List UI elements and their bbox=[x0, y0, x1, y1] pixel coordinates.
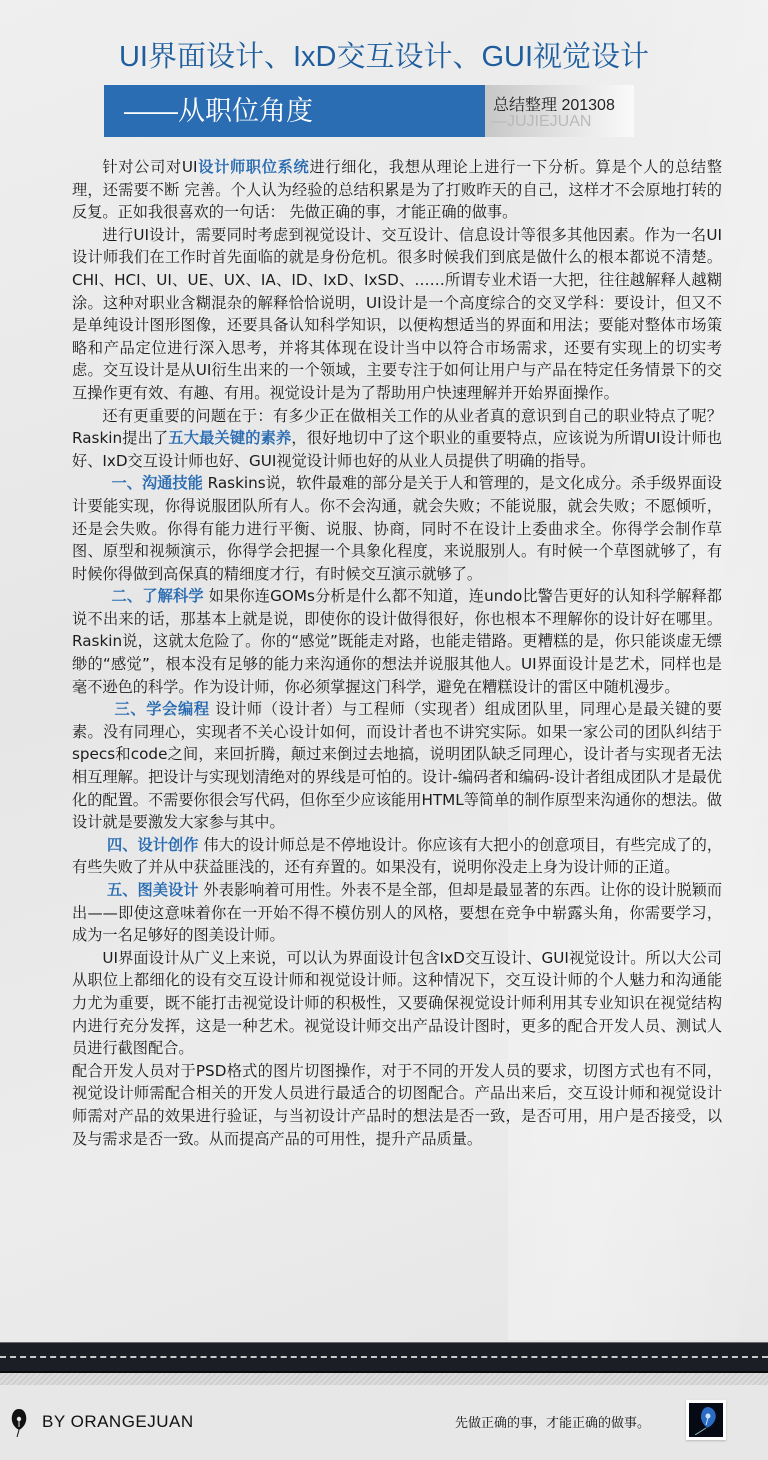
stitch-line bbox=[0, 1356, 768, 1358]
paragraph-slicing: 配合开发人员对于PSD格式的图片切图操作，对于不同的开发人员的要求，切图方式也有… bbox=[72, 1060, 722, 1150]
section-heading: 一、沟通技能 bbox=[112, 474, 203, 492]
article-body: 针对公司对UI设计师职位系统进行细化，我想从理论上进行一下分析。算是个人的总结整… bbox=[72, 156, 722, 1150]
footer: BY ORANGEJUAN 先做正确的事，才能正确的做事。 bbox=[0, 1385, 768, 1460]
section-visual-design: 五、图美设计 外表影响着可用性。外表不是全部，但却是最显著的东西。让你的设计脱颖… bbox=[72, 879, 722, 947]
paragraph-raskin: 还有更重要的问题在于：有多少正在做相关工作的从业者真的意识到自己的职业特点了呢？… bbox=[72, 405, 722, 473]
section-text: 设计师（设计者）与工程师（实现者）组成团队里，同理心是最关键的要素。没有同理心，… bbox=[72, 700, 722, 831]
blue-pen-nib-badge-icon bbox=[689, 1403, 723, 1437]
summary-box: 总结整理 201308 —JUJIEJUAN bbox=[485, 85, 634, 137]
motto: 先做正确的事，才能正确的做事。 bbox=[455, 1412, 650, 1431]
subtitle-bar: ——从职位角度 总结整理 201308 —JUJIEJUAN bbox=[104, 85, 634, 137]
section-heading: 四、设计创作 bbox=[107, 836, 199, 854]
subtitle: ——从职位角度 bbox=[104, 85, 485, 137]
brand: BY ORANGEJUAN bbox=[10, 1408, 194, 1436]
summary-label: 总结整理 201308 bbox=[493, 92, 615, 115]
paragraph-broad-ui: UI界面设计从广义上来说，可以认为界面设计包含IxD交互设计、GUI视觉设计。所… bbox=[72, 947, 722, 1060]
highlight-text: 设计师职位系统 bbox=[197, 158, 309, 176]
section-heading: 五、图美设计 bbox=[107, 881, 199, 899]
section-creation: 四、设计创作 伟大的设计师总是不停地设计。你应该有大把小的创意项目，有些完成了的… bbox=[72, 834, 722, 879]
section-science: 二、了解科学 如果你连GOMs分析是什么都不知道，连undo比警告更好的认知科学… bbox=[72, 585, 722, 698]
hatch-strip bbox=[0, 1373, 768, 1385]
paragraph-intro: 针对公司对UI设计师职位系统进行细化，我想从理论上进行一下分析。算是个人的总结整… bbox=[72, 156, 722, 224]
section-programming: 三、学会编程 设计师（设计者）与工程师（实现者）组成团队里，同理心是最关键的要素… bbox=[72, 698, 722, 834]
pen-nib-badge bbox=[686, 1400, 726, 1440]
section-communication: 一、沟通技能 Raskins说，软件最难的部分是关于人和管理的，是文化成分。杀手… bbox=[72, 472, 722, 585]
text: 针对公司对UI bbox=[102, 158, 197, 176]
page-title: UI界面设计、IxD交互设计、GUI视觉设计 bbox=[0, 34, 768, 75]
pen-nib-icon bbox=[10, 1408, 28, 1436]
brand-name: BY ORANGEJUAN bbox=[42, 1412, 194, 1432]
paragraph-ui-design: 进行UI设计，需要同时考虑到视觉设计、交互设计、信息设计等很多其他因素。作为一名… bbox=[72, 224, 722, 405]
section-heading: 三、学会编程 bbox=[115, 700, 210, 718]
author-watermark: —JUJIEJUAN bbox=[491, 113, 591, 131]
footer-stitched-band bbox=[0, 1342, 768, 1371]
section-heading: 二、了解科学 bbox=[112, 587, 204, 605]
highlight-text: 五大最关键的素养 bbox=[168, 429, 291, 447]
